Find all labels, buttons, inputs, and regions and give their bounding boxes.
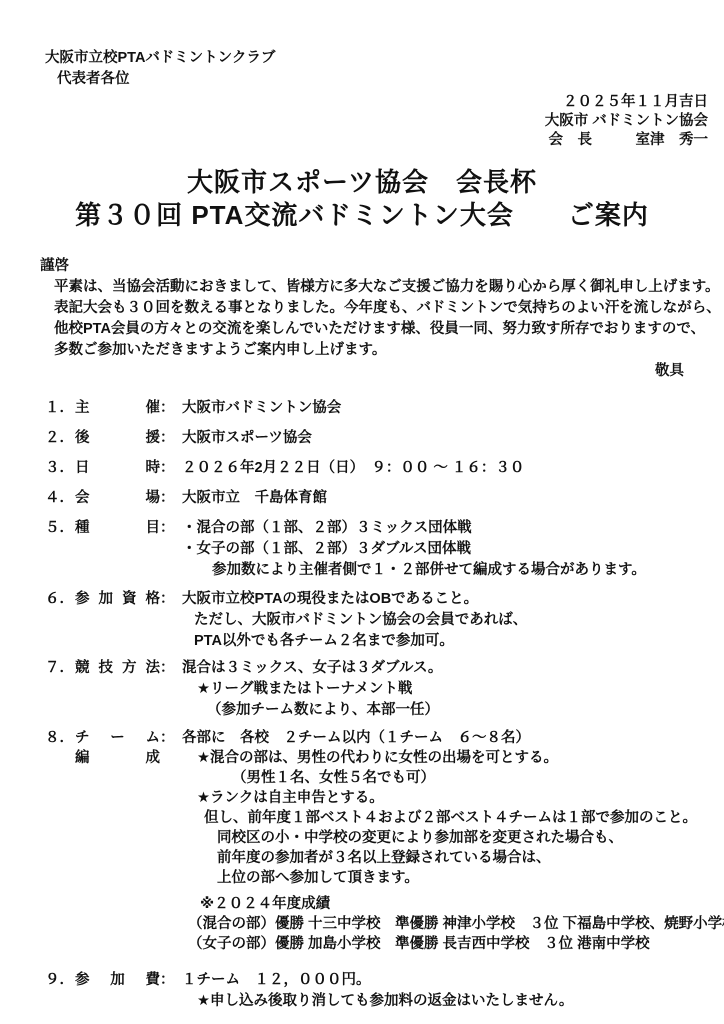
addressee-club: 大阪市立校PTAバドミントンクラブ — [45, 48, 724, 69]
item-colon: ： — [160, 589, 182, 610]
item-events: ５． 種目 ： ・混合の部（１部、２部）３ミックス団体戦 ・女子の部（１部、２部… — [45, 518, 724, 581]
greeting-closing: 敬具 — [40, 361, 684, 382]
item-colon: ： — [160, 970, 182, 991]
item-venue: ４． 会場 ： 大阪市立 千島体育館 — [45, 488, 724, 509]
item-value: 大阪市立 千島体育館 — [182, 488, 327, 509]
item-value: ★混合の部は、男性の代わりに女性の出場を可とする。 — [182, 748, 558, 768]
greeting-line: 平素は、当協会活動におきまして、皆様方に多大なご支援ご協力を賜り心から厚く御礼申… — [40, 277, 684, 298]
item-value: ★リーグ戦またはトーナメント戦 — [197, 679, 412, 700]
item-number-spacer — [45, 748, 75, 768]
item-value: ２０２６年2月２２日（日） ９：００ ～ １６：３０ — [182, 458, 524, 479]
results-mixed-division: （混合の部）優勝 十三中学校 準優勝 神津小学校 ３位 下福島中学校、焼野小学校 — [45, 914, 724, 934]
greeting-line: 他校PTA会員の方々との交流を楽しんでいただけます様、役員一同、努力致す所存でお… — [40, 319, 684, 340]
issue-date: ２０２５年１１月吉日 — [0, 93, 708, 112]
greeting-opening: 謹啓 — [40, 256, 684, 277]
item-colon: ： — [160, 728, 182, 748]
item-value: 混合は３ミックス、女子は３ダブルス。 — [182, 658, 442, 679]
item-number: ２． — [45, 428, 75, 449]
results-heading: ※２０２４年度成績 — [45, 894, 724, 914]
item-colon-spacer — [160, 748, 182, 768]
items-list: １． 主催 ： 大阪市バドミントン協会 ２． 後援 ： 大阪市スポーツ協会 ３．… — [0, 398, 724, 1012]
item-colon: ： — [160, 428, 182, 449]
results-womens-division: （女子の部）優勝 加島小学校 準優勝 長吉西中学校 ３位 港南中学校 — [45, 934, 724, 954]
item-number: ３． — [45, 458, 75, 479]
item-value: （男性１名、女性５名でも可） — [232, 768, 435, 788]
issuer-block: ２０２５年１１月吉日 大阪市 バドミントン協会 会 長 室津 秀一 — [0, 93, 724, 150]
results-2024-block: ※２０２４年度成績 （混合の部）優勝 十三中学校 準優勝 神津小学校 ３位 下福… — [45, 894, 724, 954]
item-label: 参加費 — [75, 970, 160, 991]
item-number: ５． — [45, 518, 75, 539]
document-title: 大阪市スポーツ協会 会長杯 第３０回 PTA交流バドミントン大会 ご案内 — [0, 166, 724, 232]
item-value: ・女子の部（１部、２部）３ダブルス団体戦 — [182, 539, 471, 560]
greeting-line: 表記大会も３０回を数える事となりました。今年度も、バドミントンで気持ちのよい汗を… — [40, 298, 684, 319]
document-page: 大阪市立校PTAバドミントンクラブ 代表者各位 ２０２５年１１月吉日 大阪市 バ… — [0, 0, 724, 1024]
item-label: 競技方法 — [75, 658, 160, 679]
item-label: 日時 — [75, 458, 160, 479]
title-line-2: 第３０回 PTA交流バドミントン大会 ご案内 — [0, 199, 724, 232]
item-value: ただし、大阪市バドミントン協会の会員であれば、 — [194, 610, 527, 631]
item-value: 各部に 各校 ２チーム以内（１チーム ６～８名） — [182, 728, 530, 748]
item-value: 大阪市立校PTAの現役またはOBであること。 — [182, 589, 478, 610]
item-value: ・混合の部（１部、２部）３ミックス団体戦 — [182, 518, 472, 539]
item-team-composition: ８． チーム ： 各部に 各校 ２チーム以内（１チーム ６～８名） 編成 ★混合… — [45, 728, 724, 888]
item-number: ４． — [45, 488, 75, 509]
item-value: １チーム １２，０００円。 — [182, 970, 371, 991]
item-entry-fee: ９． 参加費 ： １チーム １２，０００円。 ★申し込み後取り消しても参加料の返… — [45, 970, 724, 1012]
item-value: ★ランクは自主申告とする。 — [197, 788, 384, 808]
item-label: 後援 — [75, 428, 160, 449]
item-label: 種目 — [75, 518, 160, 539]
addressee-representatives: 代表者各位 — [45, 69, 724, 90]
greeting-line: 多数ご参加いただきますようご案内申し上げます。 — [40, 340, 684, 361]
item-label: 会場 — [75, 488, 160, 509]
item-colon: ： — [160, 518, 182, 539]
item-value: PTA以外でも各チーム２名まで参加可。 — [194, 631, 454, 652]
issuer-org: 大阪市 バドミントン協会 — [0, 112, 708, 131]
item-value: 同校区の小・中学校の変更により参加部を変更された場合も、 — [217, 828, 623, 848]
item-colon: ： — [160, 488, 182, 509]
item-label-2: 編成 — [75, 748, 160, 768]
item-label: チーム — [75, 728, 160, 748]
greeting-block: 謹啓 平素は、当協会活動におきまして、皆様方に多大なご支援ご協力を賜り心から厚く… — [0, 256, 724, 382]
issuer-president: 会 長 室津 秀一 — [0, 131, 708, 150]
item-label: 参加資格 — [75, 589, 160, 610]
item-number: ８． — [45, 728, 75, 748]
item-value: （参加チーム数により、本部一任） — [207, 700, 439, 721]
item-colon: ： — [160, 398, 182, 419]
item-number: １． — [45, 398, 75, 419]
item-number: ６． — [45, 589, 75, 610]
item-value: 前年度の参加者が３名以上登録されている場合は、 — [217, 848, 551, 868]
item-value: 参加数により主催者側で１・２部併せて編成する場合があります。 — [212, 560, 646, 581]
title-line-1: 大阪市スポーツ協会 会長杯 — [0, 166, 724, 199]
item-value: 但し、前年度１部ベスト４および２部ベスト４チームは１部で参加のこと。 — [204, 808, 697, 828]
item-value: 上位の部へ参加して頂きます。 — [217, 868, 419, 888]
item-number: ７． — [45, 658, 75, 679]
item-colon: ： — [160, 458, 182, 479]
item-label: 主催 — [75, 398, 160, 419]
item-value: 大阪市スポーツ協会 — [182, 428, 312, 449]
item-colon: ： — [160, 658, 182, 679]
item-number: ９． — [45, 970, 75, 991]
item-sponsor: ２． 後援 ： 大阪市スポーツ協会 — [45, 428, 724, 449]
addressee-block: 大阪市立校PTAバドミントンクラブ 代表者各位 — [0, 0, 724, 90]
item-host: １． 主催 ： 大阪市バドミントン協会 — [45, 398, 724, 419]
item-eligibility: ６． 参加資格 ： 大阪市立校PTAの現役またはOBであること。 ただし、大阪市… — [45, 589, 724, 652]
item-value: ★申し込み後取り消しても参加料の返金はいたしません。 — [197, 991, 573, 1012]
item-format: ７． 競技方法 ： 混合は３ミックス、女子は３ダブルス。 ★リーグ戦またはトーナ… — [45, 658, 724, 721]
item-datetime: ３． 日時 ： ２０２６年2月２２日（日） ９：００ ～ １６：３０ — [45, 458, 724, 479]
item-value: 大阪市バドミントン協会 — [182, 398, 341, 419]
